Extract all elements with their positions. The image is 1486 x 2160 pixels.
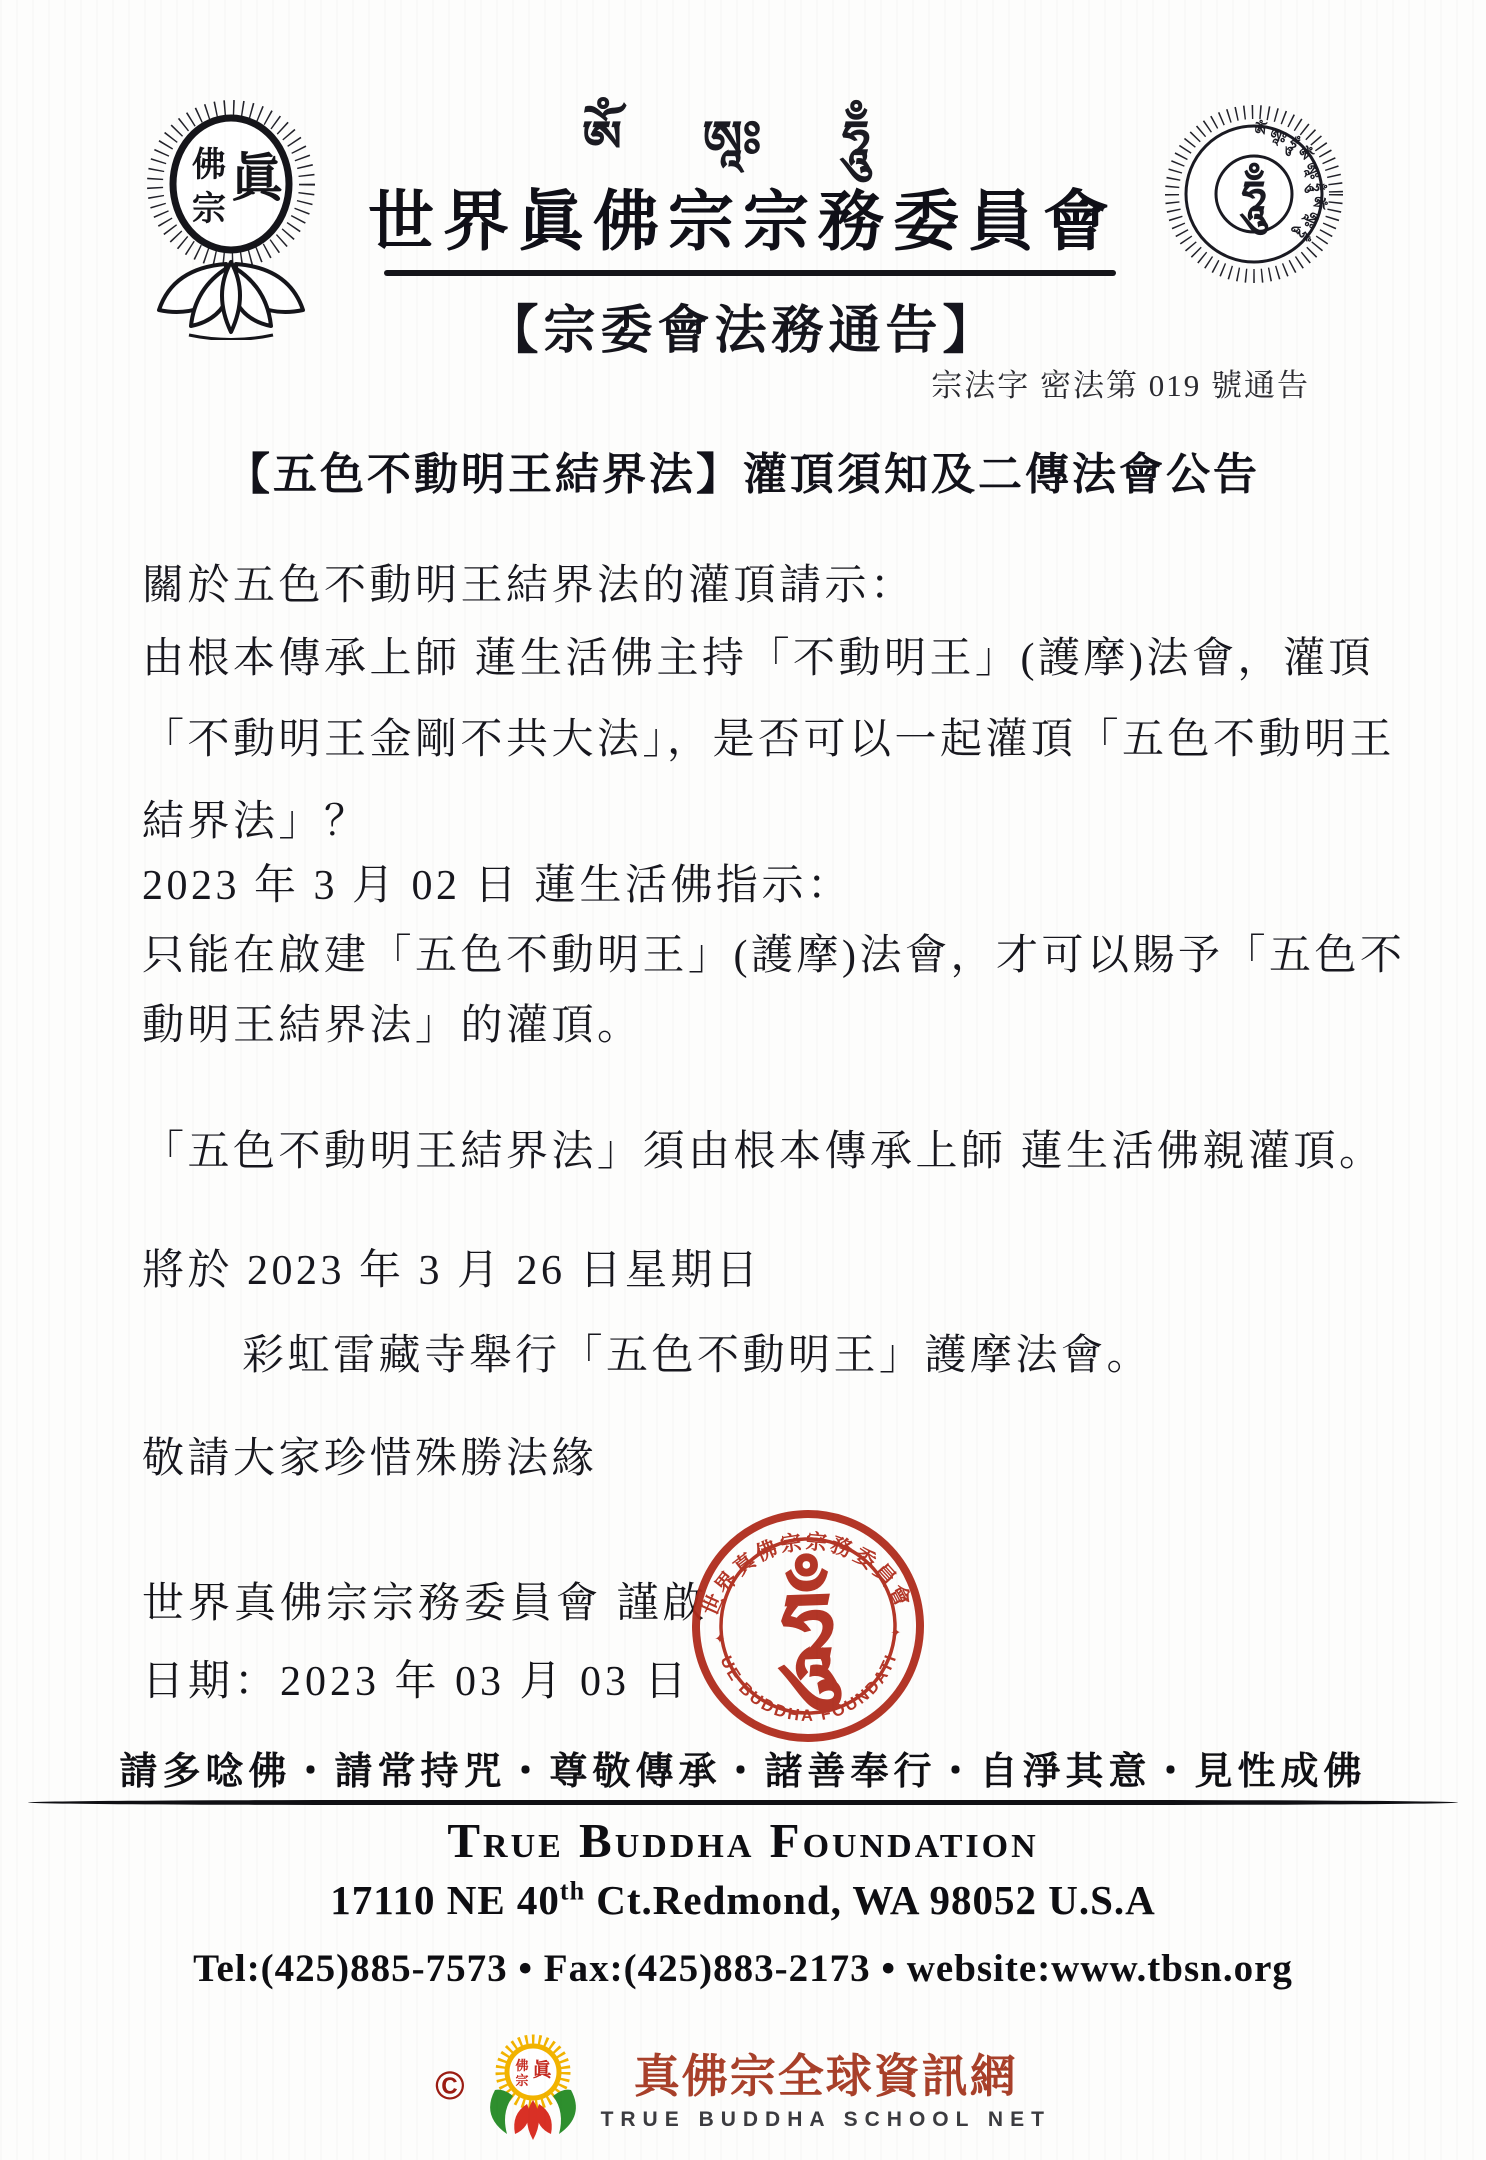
title-underline [384,270,1116,276]
body-line-5: 2023 年 3 月 02 日 蓮生活佛指示： [142,852,853,912]
body-line-10: 彩虹雷藏寺舉行「五色不動明王」護摩法會。 [242,1322,1152,1382]
signature-date: 日期：2023 年 03 月 03 日 [142,1648,691,1708]
notice-banner: 【宗委會法務通告】 [0,288,1486,363]
body-line-9: 將於 2023 年 3 月 26 日星期日 [142,1237,762,1297]
address-ordinal: th [560,1876,585,1905]
body-line-8: 「五色不動明王結界法」須由根本傳承上師 蓮生活佛親灌頂。 [142,1118,1385,1178]
body-line-11: 敬請大家珍惜殊勝法緣 [142,1425,597,1485]
document-title: 【五色不動明王結界法】灌頂須知及二傳法會公告 [0,438,1486,502]
motto-line: 請多唸佛・請常持咒・尊敬傳承・諸善奉行・自淨其意・見性成佛 [0,1740,1486,1795]
site-name-block: 真佛宗全球資訊網 TRUE BUDDHA SCHOOL NET [601,2040,1051,2132]
notice-document-page: 佛 眞 宗 ༀ ཨཱཿ ཧཱུྃ ༀ ཨཱཿ ཧཱུྃ ༀ ཨཱཿ ཧཱུྃ ཧ… [0,0,1486,2160]
footer-divider [28,1800,1458,1805]
seal-right-star: ✦ [890,1625,902,1640]
true-buddha-foundation-seal: 世界真佛宗宗務委員會 TRUE BUDDHA FOUNDATION ཧཱུྃ ✦… [684,1502,932,1750]
emblem-char-zhen: 眞 [532,2058,552,2081]
footer-org-name: True Buddha Foundation [0,1812,1486,1869]
footer-contact: Tel:(425)885-7573 • Fax:(425)883-2173 • … [0,1946,1486,1991]
seal-center-glyph: ཧཱུྃ [773,1552,843,1713]
reference-number: 宗法字 密法第 019 號通告 [931,360,1310,405]
body-line-2: 由根本傳承上師 蓮生活佛主持「不動明王」(護摩)法會，灌頂 [142,625,1374,685]
site-logo-row: © 佛 眞 宗 真佛宗全球資訊網 TRUE BUDDHA SCHOOL NET [0,2028,1486,2144]
copyright-symbol: © [435,2064,464,2109]
site-name-zh: 真佛宗全球資訊網 [634,2040,1018,2106]
seal-left-star: ✦ [714,1631,726,1646]
site-name-en: TRUE BUDDHA SCHOOL NET [601,2108,1051,2132]
body-line-3: 「不動明王金剛不共大法」，是否可以一起灌頂「五色不動明王 [142,706,1395,766]
lotus-sun-emblem-icon: 佛 眞 宗 [479,2028,587,2144]
signature-org: 世界真佛宗宗務委員會 謹啟 [142,1570,709,1630]
body-line-7: 動明王結界法」的灌頂。 [142,992,643,1052]
address-part1: 17110 NE 40 [330,1877,560,1923]
emblem-char-zong: 宗 [515,2073,528,2088]
body-line-1: 關於五色不動明王結界法的灌頂請示： [142,552,916,612]
address-part2: Ct.Redmond, WA 98052 U.S.A [585,1877,1156,1923]
body-line-6: 只能在啟建「五色不動明王」(護摩)法會，才可以賜予「五色不 [142,922,1405,982]
emblem-lotus [514,2100,552,2140]
body-line-4: 結界法」？ [142,788,370,848]
emblem-char-fo: 佛 [514,2058,528,2073]
org-title: 世界眞佛宗宗務委員會 [0,168,1486,263]
footer-address: 17110 NE 40th Ct.Redmond, WA 98052 U.S.A [0,1876,1486,1924]
